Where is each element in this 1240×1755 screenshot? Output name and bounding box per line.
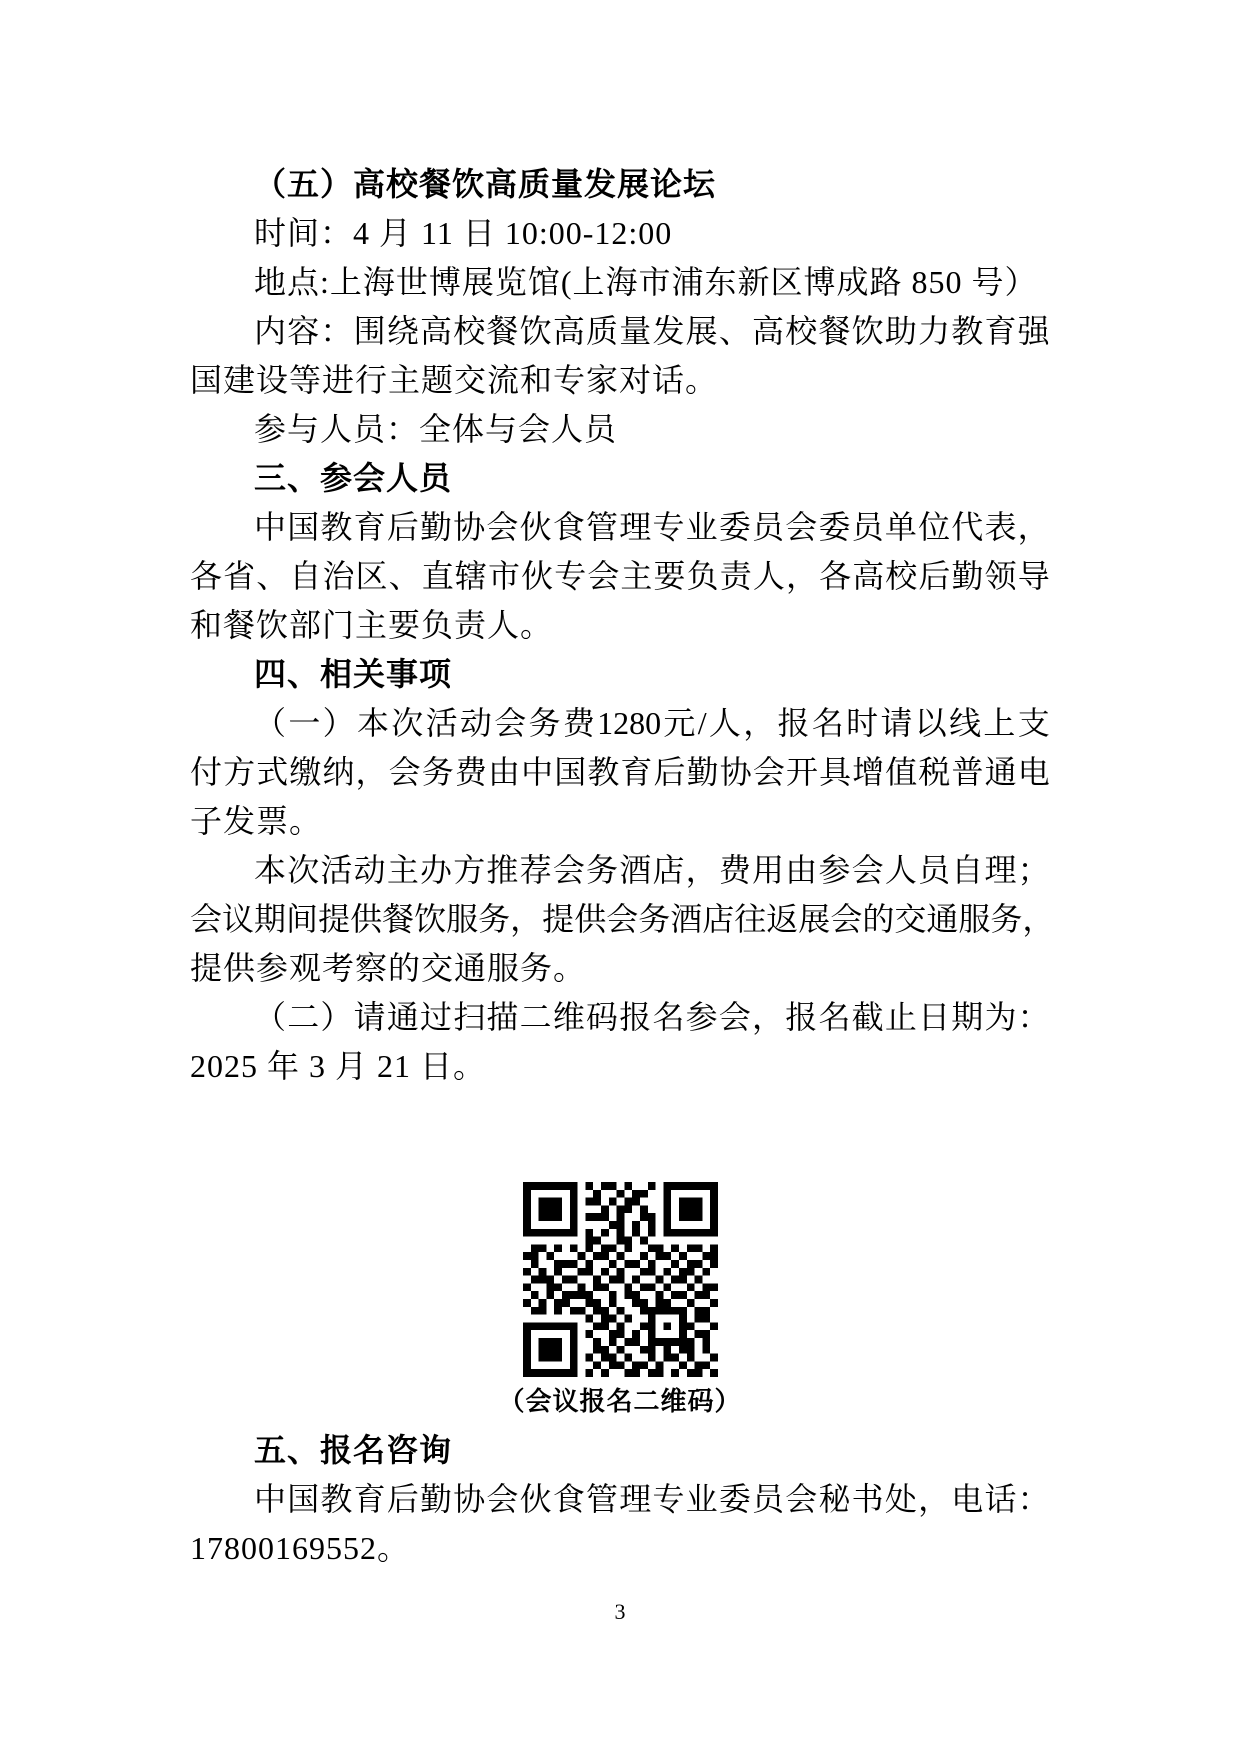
text-token: 酒: [670, 895, 702, 944]
paragraph-hotel-line-2: 会议期间提供餐饮服务，提供会务酒店往返展会的交通服务，: [190, 895, 1050, 944]
text-token: 缴: [289, 748, 321, 797]
text-token: ）: [320, 993, 352, 1042]
text-token: 治: [322, 552, 354, 601]
text-token: 食: [553, 1475, 585, 1524]
text-token: 通: [926, 895, 958, 944]
text-token: 国: [554, 748, 586, 797]
text-token: 员: [752, 1475, 784, 1524]
text-token: 普: [952, 748, 984, 797]
text-token: 表: [984, 503, 1016, 552]
text-token: ，: [510, 895, 542, 944]
text-token: 日: [918, 993, 950, 1042]
text-token: 委: [818, 503, 850, 552]
text-token: 会: [830, 895, 862, 944]
paragraph-participants-detail-line-1: 中国教育后勤协会伙食管理专业委员会委员单位代表，: [190, 503, 1050, 552]
text-token: 高: [752, 307, 784, 356]
text-token: 会: [494, 699, 526, 748]
text-token: ：: [320, 307, 352, 356]
text-token: 会: [753, 748, 785, 797]
text-token: ，: [686, 846, 718, 895]
text-token: 委: [719, 1475, 751, 1524]
text-token: 主: [387, 846, 419, 895]
text-token: 报: [619, 993, 651, 1042]
text-token: 会: [486, 1475, 518, 1524]
text-token: 协: [720, 748, 752, 797]
text-token: 饮: [852, 307, 884, 356]
heading-section-3-participants: 三、参会人员: [190, 454, 1050, 503]
document-body: （五）高校餐饮高质量发展论坛时间：4 月 11 日 10:00-12:00地点:…: [0, 0, 1240, 1573]
text-token: 员: [852, 503, 884, 552]
text-token: 勤: [687, 748, 719, 797]
text-token: 线: [949, 699, 981, 748]
paragraph-location-line-1: 地点:上海世博展览馆(上海市浦东新区博成路 850 号）: [190, 258, 1050, 307]
text-token: 扫: [453, 993, 485, 1042]
text-token: 协: [453, 1475, 485, 1524]
text-token: 勤: [420, 503, 452, 552]
text-token: 育: [984, 307, 1016, 356]
text-token: 展: [686, 307, 718, 356]
text-token: 时: [846, 699, 878, 748]
text-token: 餐: [486, 307, 518, 356]
text-token: 话: [984, 1475, 1016, 1524]
text-token: 服: [446, 895, 478, 944]
text-token: 费: [719, 846, 751, 895]
text-token: 间: [286, 895, 318, 944]
heading-section-4-matters: 四、相关事项: [190, 650, 1050, 699]
text-token: 供: [350, 895, 382, 944]
text-token: 后: [918, 552, 950, 601]
paragraph-hotel-line-1: 本次活动主办方推荐会务酒店，费用由参会人员自理；: [190, 846, 1050, 895]
text-token: 由: [785, 846, 817, 895]
text-token: 通: [985, 748, 1017, 797]
text-token: 专: [652, 503, 684, 552]
text-token: 请: [880, 699, 912, 748]
text-token: 截: [852, 993, 884, 1042]
text-token: 国: [287, 503, 319, 552]
text-token: 自: [289, 552, 321, 601]
text-token: 支: [1018, 699, 1050, 748]
text-token: /: [698, 699, 707, 748]
text-token: 高: [553, 307, 585, 356]
text-token: 方: [453, 846, 485, 895]
text-token: 纳: [322, 748, 354, 797]
text-token: 费: [563, 699, 595, 748]
text-token: 会: [553, 846, 585, 895]
text-token: ）: [323, 699, 355, 748]
text-token: 育: [620, 748, 652, 797]
text-token: 付: [190, 748, 222, 797]
text-token: 专: [652, 1475, 684, 1524]
paragraph-time-line-1: 时间：4 月 11 日 10:00-12:00: [190, 209, 1050, 258]
text-token: 高: [852, 552, 884, 601]
text-token: 质: [586, 307, 618, 356]
text-token: 伙: [520, 1475, 552, 1524]
text-token: 酒: [619, 846, 651, 895]
text-token: 领: [985, 552, 1017, 601]
qr-caption: （会议报名二维码）: [190, 1377, 1050, 1426]
text-token: 推: [486, 846, 518, 895]
text-token: 内: [254, 307, 286, 356]
text-token: 业: [686, 503, 718, 552]
text-token: 店: [652, 846, 684, 895]
text-token: 理: [619, 503, 651, 552]
text-token: 元: [663, 699, 695, 748]
text-token: 中: [254, 1475, 286, 1524]
text-token: 市: [488, 552, 520, 601]
text-token: 量: [619, 307, 651, 356]
text-token: 位: [918, 503, 950, 552]
text-token: 活: [426, 699, 458, 748]
text-token: 荐: [520, 846, 552, 895]
text-token: 会: [587, 552, 619, 601]
document-page: （五）高校餐饮高质量发展论坛时间：4 月 11 日 10:00-12:00地点:…: [0, 0, 1240, 1755]
text-token: 会: [785, 503, 817, 552]
paragraph-content-line-2: 国建设等进行主题交流和专家对话。: [190, 356, 1050, 405]
text-token: 务: [586, 846, 618, 895]
text-token: 勤: [952, 552, 984, 601]
text-token: 务: [478, 895, 510, 944]
text-token: ：: [1018, 1475, 1050, 1524]
text-token: 教: [951, 307, 983, 356]
paragraph-hotel-line-3: 提供参观考察的交通服务。: [190, 944, 1050, 993]
text-token: 餐: [818, 307, 850, 356]
text-token: 理: [619, 1475, 651, 1524]
text-token: 后: [654, 748, 686, 797]
text-token: 委: [719, 503, 751, 552]
text-token: 会: [606, 895, 638, 944]
text-token: 方: [223, 748, 255, 797]
text-token: 饮: [414, 895, 446, 944]
text-token: 单: [885, 503, 917, 552]
text-token: 参: [686, 993, 718, 1042]
text-token: 会: [486, 503, 518, 552]
heading-section-5-forum: （五）高校餐饮高质量发展论坛: [190, 160, 1050, 209]
text-token: 校: [453, 307, 485, 356]
text-token: 育: [354, 503, 386, 552]
text-token: 描: [486, 993, 518, 1042]
text-token: 一: [288, 699, 320, 748]
text-token: 税: [918, 748, 950, 797]
text-token: 提: [318, 895, 350, 944]
text-token: ，: [752, 993, 784, 1042]
text-token: 伙: [521, 552, 553, 601]
text-token: 展: [798, 895, 830, 944]
text-token: 负: [687, 552, 719, 601]
text-token: 教: [320, 503, 352, 552]
text-token: 二: [520, 993, 552, 1042]
text-token: ，: [1018, 503, 1050, 552]
text-token: 用: [752, 846, 784, 895]
text-token: 会: [785, 1475, 817, 1524]
text-token: 由: [488, 748, 520, 797]
text-token: 要: [654, 552, 686, 601]
text-token: 人: [753, 552, 785, 601]
text-token: 校: [885, 552, 917, 601]
text-token: 值: [885, 748, 917, 797]
text-token: 中: [521, 748, 553, 797]
text-token: 伙: [520, 503, 552, 552]
text-token: 、: [256, 552, 288, 601]
text-token: 本: [254, 846, 286, 895]
text-token: ，: [356, 748, 388, 797]
text-token: 期: [951, 993, 983, 1042]
text-token: 提: [542, 895, 574, 944]
text-token: 高: [420, 307, 452, 356]
text-token: 省: [223, 552, 255, 601]
text-token: 增: [852, 748, 884, 797]
text-token: 会: [852, 846, 884, 895]
text-token: 后: [387, 1475, 419, 1524]
paragraph-contact-line-1: 中国教育后勤协会伙食管理专业委员会秘书处，电话：: [190, 1475, 1050, 1524]
text-token: 责: [720, 552, 752, 601]
text-token: 办: [420, 846, 452, 895]
text-token: 强: [1018, 307, 1050, 356]
text-token: 食: [553, 503, 585, 552]
text-token: 往: [734, 895, 766, 944]
text-token: 的: [862, 895, 894, 944]
text-token: 活: [320, 846, 352, 895]
text-token: 直: [422, 552, 454, 601]
text-token: 1280: [597, 699, 661, 748]
qr-code-image: [523, 1182, 718, 1377]
text-token: 辖: [455, 552, 487, 601]
text-token: 务: [529, 699, 561, 748]
text-token: 饮: [520, 307, 552, 356]
paragraph-fee-line-1: （一）本次活动会务费1280元/人，报名时请以线上支: [190, 699, 1050, 748]
text-token: 电: [1018, 748, 1050, 797]
text-token: 协: [453, 503, 485, 552]
text-token: 请: [354, 993, 386, 1042]
text-token: 各: [190, 552, 222, 601]
page-number: 3: [0, 1598, 1240, 1626]
text-token: 店: [702, 895, 734, 944]
text-token: 中: [254, 503, 286, 552]
text-token: 报: [778, 699, 810, 748]
text-token: 参: [818, 846, 850, 895]
text-token: ，: [918, 1475, 950, 1524]
text-token: 次: [287, 846, 319, 895]
text-token: 管: [586, 1475, 618, 1524]
paragraph-registration-deadline-line-1: （二）请通过扫描二维码报名参会，报名截止日期为：: [190, 993, 1050, 1042]
text-token: 名: [652, 993, 684, 1042]
text-token: 管: [586, 503, 618, 552]
text-token: 发: [652, 307, 684, 356]
text-token: 议: [222, 895, 254, 944]
text-token: 式: [256, 748, 288, 797]
text-token: 主: [620, 552, 652, 601]
text-token: （: [254, 699, 286, 748]
text-token: 、: [719, 307, 751, 356]
text-token: 会: [719, 993, 751, 1042]
text-token: 人: [885, 846, 917, 895]
text-token: 费: [455, 748, 487, 797]
text-token: 务: [422, 748, 454, 797]
text-token: 会: [389, 748, 421, 797]
text-token: 通: [387, 993, 419, 1042]
text-token: 交: [894, 895, 926, 944]
text-token: 上: [983, 699, 1015, 748]
text-token: 服: [958, 895, 990, 944]
text-token: ，: [1022, 895, 1054, 944]
text-token: 勤: [420, 1475, 452, 1524]
text-token: 电: [951, 1475, 983, 1524]
text-token: 书: [852, 1475, 884, 1524]
text-token: 助: [885, 307, 917, 356]
text-token: 报: [785, 993, 817, 1042]
text-token: 绕: [387, 307, 419, 356]
text-token: 人: [709, 699, 741, 748]
text-token: 为: [984, 993, 1016, 1042]
text-token: 秘: [818, 1475, 850, 1524]
text-token: 止: [885, 993, 917, 1042]
text-token: ，: [743, 699, 775, 748]
text-token: 业: [686, 1475, 718, 1524]
text-token: 名: [812, 699, 844, 748]
text-token: 本: [357, 699, 389, 748]
paragraph-fee-line-2: 付方式缴纳，会务费由中国教育后勤协会开具增值税普通电: [190, 748, 1050, 797]
text-token: 围: [354, 307, 386, 356]
text-token: 动: [460, 699, 492, 748]
paragraph-participants-detail-line-3: 和餐饮部门主要负责人。: [190, 601, 1050, 650]
text-token: ；: [1018, 846, 1050, 895]
text-token: 导: [1018, 552, 1050, 601]
text-token: 次: [391, 699, 423, 748]
text-token: 教: [587, 748, 619, 797]
text-token: 会: [190, 895, 222, 944]
text-token: 期: [254, 895, 286, 944]
text-token: 码: [586, 993, 618, 1042]
paragraph-participants-line-line-1: 参与人员：全体与会人员: [190, 405, 1050, 454]
text-token: 供: [574, 895, 606, 944]
text-token: 务: [638, 895, 670, 944]
text-token: 过: [420, 993, 452, 1042]
registration-qr-code: [523, 1182, 718, 1377]
text-token: （: [254, 993, 286, 1042]
text-token: 国: [287, 1475, 319, 1524]
text-token: 务: [990, 895, 1022, 944]
text-token: ：: [1018, 993, 1050, 1042]
paragraph-content-line-1: 内容：围绕高校餐饮高质量发展、高校餐饮助力教育强: [190, 307, 1050, 356]
text-token: 区: [356, 552, 388, 601]
text-token: 以: [915, 699, 947, 748]
text-token: 二: [287, 993, 319, 1042]
text-token: 校: [785, 307, 817, 356]
text-token: 教: [320, 1475, 352, 1524]
text-token: 专: [554, 552, 586, 601]
text-token: 具: [819, 748, 851, 797]
paragraph-contact-line-2: 17800169552。: [190, 1524, 1050, 1573]
text-token: 返: [766, 895, 798, 944]
text-token: 自: [951, 846, 983, 895]
text-token: ，: [786, 552, 818, 601]
paragraph-registration-deadline-line-2: 2025 年 3 月 21 日。: [190, 1042, 1050, 1091]
paragraph-participants-detail-line-2: 各省、自治区、直辖市伙专会主要负责人，各高校后勤领导: [190, 552, 1050, 601]
text-token: 各: [819, 552, 851, 601]
paragraph-fee-line-3: 子发票。: [190, 797, 1050, 846]
text-token: 育: [354, 1475, 386, 1524]
text-token: 员: [752, 503, 784, 552]
text-token: 后: [387, 503, 419, 552]
text-token: 力: [918, 307, 950, 356]
text-token: 维: [553, 993, 585, 1042]
text-token: 开: [786, 748, 818, 797]
text-token: 、: [389, 552, 421, 601]
text-token: 理: [984, 846, 1016, 895]
text-token: 名: [818, 993, 850, 1042]
heading-section-5-consultation: 五、报名咨询: [190, 1426, 1050, 1475]
text-token: 代: [951, 503, 983, 552]
text-token: 处: [885, 1475, 917, 1524]
text-token: 容: [287, 307, 319, 356]
text-token: 员: [918, 846, 950, 895]
text-token: 动: [354, 846, 386, 895]
text-token: 餐: [382, 895, 414, 944]
